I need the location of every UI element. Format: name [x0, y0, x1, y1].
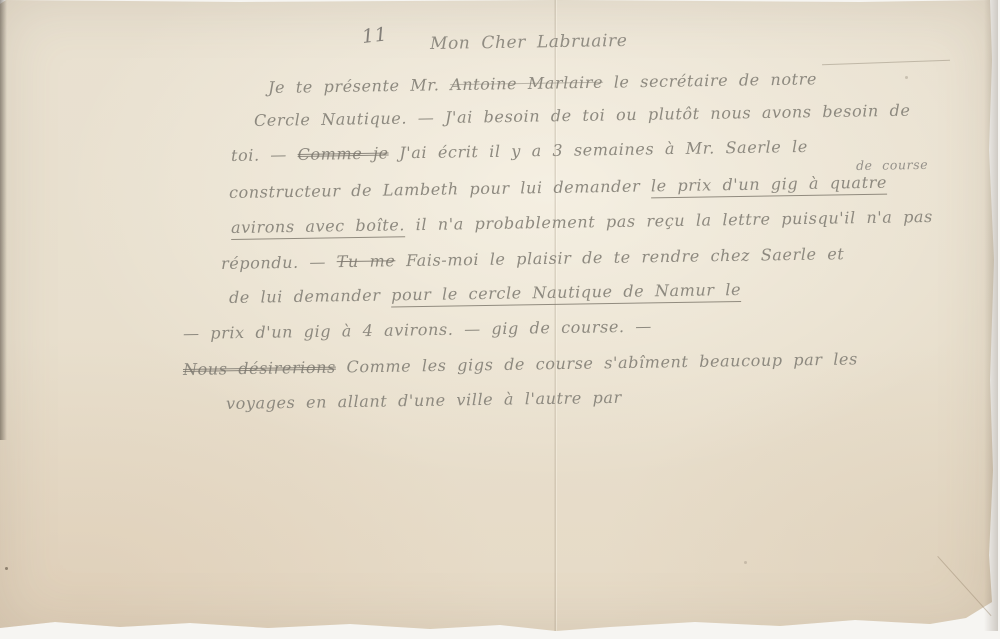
struck-text: Antoine Marlaire — [450, 73, 603, 94]
salutation: Mon Cher Labruaire — [430, 31, 628, 54]
struck-text: Nous désirerions — [183, 358, 336, 379]
interline-insertion: de course — [856, 157, 928, 173]
text-segment: Je te présente Mr. — [268, 75, 450, 97]
right-edge-shadow — [984, 0, 998, 631]
paper-speck — [5, 567, 8, 570]
vertical-fold-crease — [554, 0, 557, 631]
scanned-letter-page: 11 Mon Cher Labruaire Je te présente Mr.… — [0, 0, 1000, 639]
paper-speck — [905, 76, 908, 79]
text-segment: le secrétaire de notre — [603, 69, 817, 91]
page-number-mark: 11 — [361, 23, 389, 48]
paper-sheet — [0, 0, 996, 631]
struck-text: Tu me — [337, 251, 396, 271]
struck-text: Comme je — [297, 144, 388, 164]
underlined-text: le prix d'un gig à quatre — [651, 173, 887, 199]
text-segment: de lui demander — [229, 285, 391, 307]
left-edge-shadow — [0, 0, 7, 440]
text-segment: répondu. — — [221, 252, 337, 273]
text-segment: toi. — — [231, 145, 298, 165]
paper-speck — [744, 561, 747, 564]
underlined-text: avirons avec boîte. — [231, 215, 405, 240]
